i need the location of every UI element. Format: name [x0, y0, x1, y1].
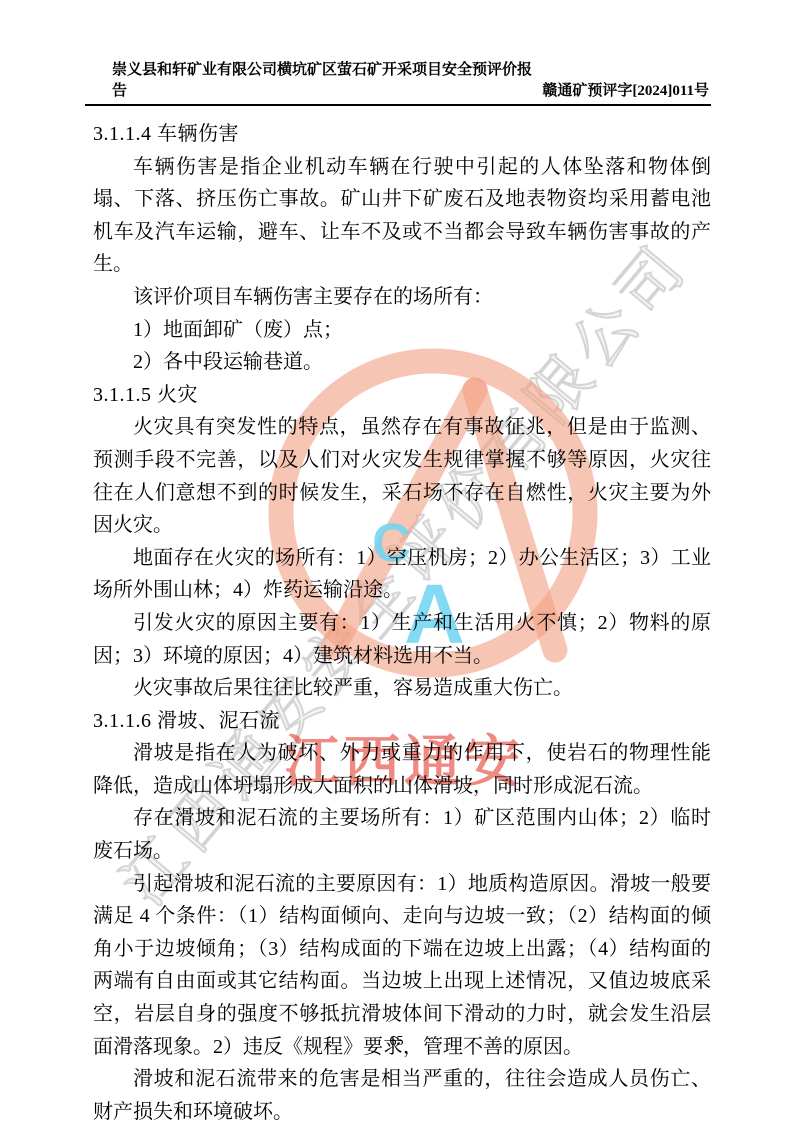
document-body: 3.1.1.4 车辆伤害 车辆伤害是指企业机动车辆在行驶中引起的人体坠落和物体倒… [93, 106, 711, 1122]
paragraph: 火灾具有突发性的特点，虽然存在有事故征兆，但是由于监测、预测手段不完善，以及人们… [93, 411, 711, 541]
document-page: 江西通安安全评价有限公司 C A 江西通安 崇义县和轩矿业有限公司横坑矿区萤石矿… [0, 0, 793, 1122]
section-heading: 3.1.1.4 车辆伤害 [93, 118, 711, 151]
list-item: 2）各中段运输巷道。 [93, 346, 711, 379]
paragraph: 该评价项目车辆伤害主要存在的场所有： [93, 281, 711, 314]
document-number: 赣通矿预评字[2024]011号 [542, 79, 711, 100]
page-header: 崇义县和轩矿业有限公司横坑矿区萤石矿开采项目安全预评价报告 赣通矿预评字[202… [85, 0, 711, 106]
paragraph: 滑坡是指在人为破坏、外力或重力的作用下，使岩石的物理性能降低，造成山体坍塌形成大… [93, 737, 711, 802]
section-heading: 3.1.1.6 滑坡、泥石流 [93, 705, 711, 738]
paragraph: 火灾事故后果往往比较严重，容易造成重大伤亡。 [93, 672, 711, 705]
paragraph: 地面存在火灾的场所有：1）空压机房；2）办公生活区；3）工业场所外围山林；4）炸… [93, 542, 711, 607]
page-number: 65 [390, 1034, 404, 1049]
paragraph: 引发火灾的原因主要有：1）生产和生活用火不慎；2）物料的原因；3）环境的原因；4… [93, 607, 711, 672]
report-title: 崇义县和轩矿业有限公司横坑矿区萤石矿开采项目安全预评价报告 [85, 58, 542, 100]
page-footer: 65 [0, 1034, 793, 1050]
paragraph: 车辆伤害是指企业机动车辆在行驶中引起的人体坠落和物体倒塌、下落、挤压伤亡事故。矿… [93, 151, 711, 281]
paragraph: 滑坡和泥石流带来的危害是相当严重的，往往会造成人员伤亡、财产损失和环境破坏。 [93, 1063, 711, 1122]
section-heading: 3.1.1.5 火灾 [93, 379, 711, 412]
paragraph: 存在滑坡和泥石流的主要场所有：1）矿区范围内山体；2）临时废石场。 [93, 802, 711, 867]
list-item: 1）地面卸矿（废）点； [93, 314, 711, 347]
